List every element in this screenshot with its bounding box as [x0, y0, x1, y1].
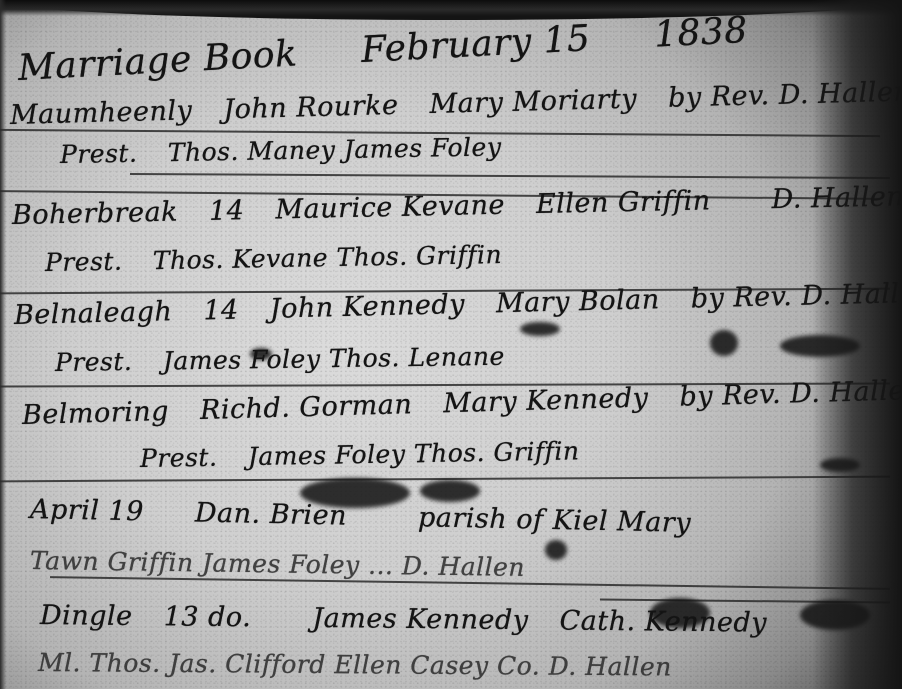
witness-prefix: Prest. [140, 443, 218, 473]
entry-townland: Dingle [40, 600, 133, 632]
entry-date: 14 [209, 195, 245, 227]
right-edge-shadow [812, 0, 902, 689]
entry-bride: parish of Kiel Mary [418, 502, 692, 539]
entry-bride: Cath. Kennedy [559, 605, 767, 638]
entry-groom: John Kennedy [269, 289, 465, 325]
entry-witnesses: Thos. Kevane Thos. Griffin [153, 240, 503, 275]
entry-groom: John Rourke [223, 90, 399, 126]
witness-prefix: Prest. [60, 139, 138, 169]
entry-bride: Ellen Griffin [536, 185, 711, 220]
entry-groom: Richd. Gorman [200, 389, 413, 426]
ink-blot [520, 322, 560, 336]
ink-blot [710, 330, 738, 356]
entry-groom: Maurice Kevane [275, 190, 505, 226]
witness-prefix: Prest. [55, 347, 133, 377]
top-edge-shadow [0, 0, 902, 16]
entry-bride: Mary Kennedy [443, 383, 649, 420]
left-edge-shadow [0, 0, 6, 689]
ink-blot [545, 540, 567, 560]
entry-witnesses: Thos. Maney James Foley [168, 132, 502, 167]
entry-witnesses: James Foley Thos. Griffin [248, 436, 580, 471]
entry-date: 13 do. [164, 601, 252, 633]
ink-blot [420, 480, 480, 502]
entry-6-line-2: Ml. Thos. Jas. Clifford Ellen Casey Co. … [38, 648, 694, 682]
entry-groom: James Kennedy [312, 603, 528, 636]
register-page: Marriage Book February 15 1838 Maumheenl… [0, 0, 902, 689]
entry-townland: Belnaleagh [14, 296, 173, 331]
entry-townland: Belmoring [22, 396, 170, 431]
entry-date: 14 [203, 295, 239, 327]
entry-groom: Dan. Brien [195, 497, 348, 531]
entry-townland: April 19 [30, 494, 145, 527]
entry-bride: Mary Moriarty [429, 84, 637, 120]
witness-prefix: Prest. [45, 247, 123, 277]
entry-townland: Maumheenly [10, 95, 193, 131]
entry-witnesses: James Foley Thos. Lenane [163, 342, 505, 376]
entry-townland: Boherbreak [12, 197, 179, 231]
entry-line-2-text: Ml. Thos. Jas. Clifford Ellen Casey Co. … [38, 648, 672, 681]
entry-bride: Mary Bolan [496, 284, 660, 319]
